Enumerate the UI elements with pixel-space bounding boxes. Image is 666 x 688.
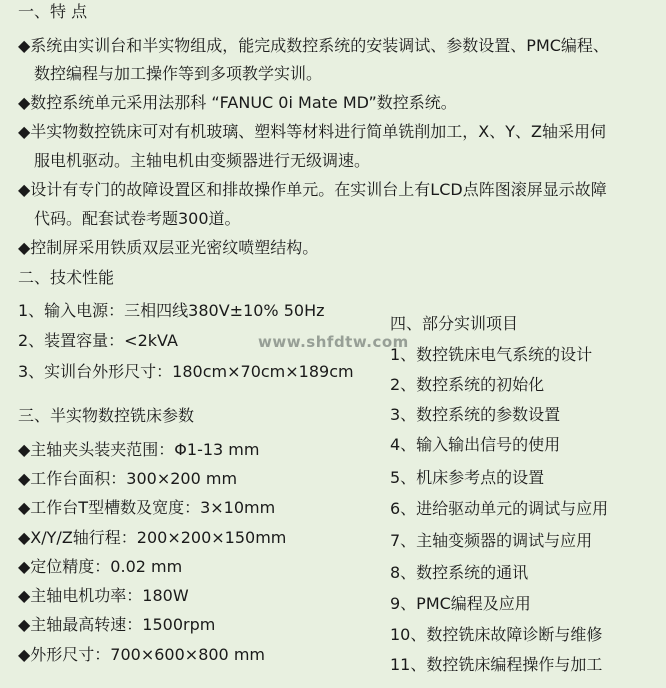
section1-title: 一、特 点	[18, 2, 87, 22]
watermark: www.shfdtw.com	[258, 333, 409, 351]
param-item: ◆工作台T型槽数及宽度：3×10mm	[18, 498, 275, 518]
project-item: 7、主轴变频器的调试与应用	[390, 531, 592, 551]
param-item: ◆主轴夹头装夹范围：Φ1-13 mm	[18, 440, 259, 460]
project-item: 8、数控系统的通讯	[390, 563, 528, 583]
feature-item: ◆控制屏采用铁质双层亚光密纹喷塑结构。	[18, 238, 318, 258]
feature-item-cont: 数控编程与加工操作等到多项教学实训。	[34, 64, 322, 84]
spec-item: 1、输入电源：三相四线380V±10% 50Hz	[18, 301, 325, 321]
param-item: ◆主轴最高转速：1500rpm	[18, 615, 215, 635]
section4-title: 四、部分实训项目	[390, 314, 518, 334]
feature-item: ◆半实物数控铣床可对有机玻璃、塑料等材料进行简单铣削加工，X、Y、Z轴采用伺	[18, 122, 606, 142]
project-item: 11、数控铣床编程操作与加工	[390, 655, 602, 675]
project-item: 4、输入输出信号的使用	[390, 435, 560, 455]
feature-item: ◆设计有专门的故障设置区和排故操作单元。在实训台上有LCD点阵图滚屏显示故障	[18, 180, 607, 200]
section3-title: 三、半实物数控铣床参数	[18, 406, 194, 426]
param-item: ◆X/Y/Z轴行程：200×200×150mm	[18, 528, 286, 548]
project-item: 2、数控系统的初始化	[390, 375, 544, 395]
param-item: ◆外形尺寸：700×600×800 mm	[18, 645, 265, 665]
project-item: 5、机床参考点的设置	[390, 468, 544, 488]
param-item: ◆定位精度：0.02 mm	[18, 557, 182, 577]
feature-item-cont: 代码。配套试卷考题300道。	[34, 209, 241, 229]
param-item: ◆主轴电机功率：180W	[18, 586, 189, 606]
project-item: 3、数控系统的参数设置	[390, 405, 560, 425]
project-item: 6、进给驱动单元的调试与应用	[390, 499, 608, 519]
feature-item: ◆系统由实训台和半实物组成，能完成数控系统的安装调试、参数设置、PMC编程、	[18, 36, 609, 56]
feature-item-cont: 服电机驱动。主轴电机由变频器进行无级调速。	[34, 151, 370, 171]
project-item: 1、数控铣床电气系统的设计	[390, 345, 592, 365]
project-item: 10、数控铣床故障诊断与维修	[390, 625, 602, 645]
param-item: ◆工作台面积：300×200 mm	[18, 469, 237, 489]
project-item: 9、PMC编程及应用	[390, 594, 531, 614]
feature-item: ◆数控系统单元采用法那科 “FANUC 0i Mate MD”数控系统。	[18, 93, 457, 113]
spec-item: 3、实训台外形尺寸：180cm×70cm×189cm	[18, 362, 354, 382]
spec-item: 2、装置容量：<2kVA	[18, 331, 178, 351]
section2-title: 二、技术性能	[18, 268, 114, 288]
